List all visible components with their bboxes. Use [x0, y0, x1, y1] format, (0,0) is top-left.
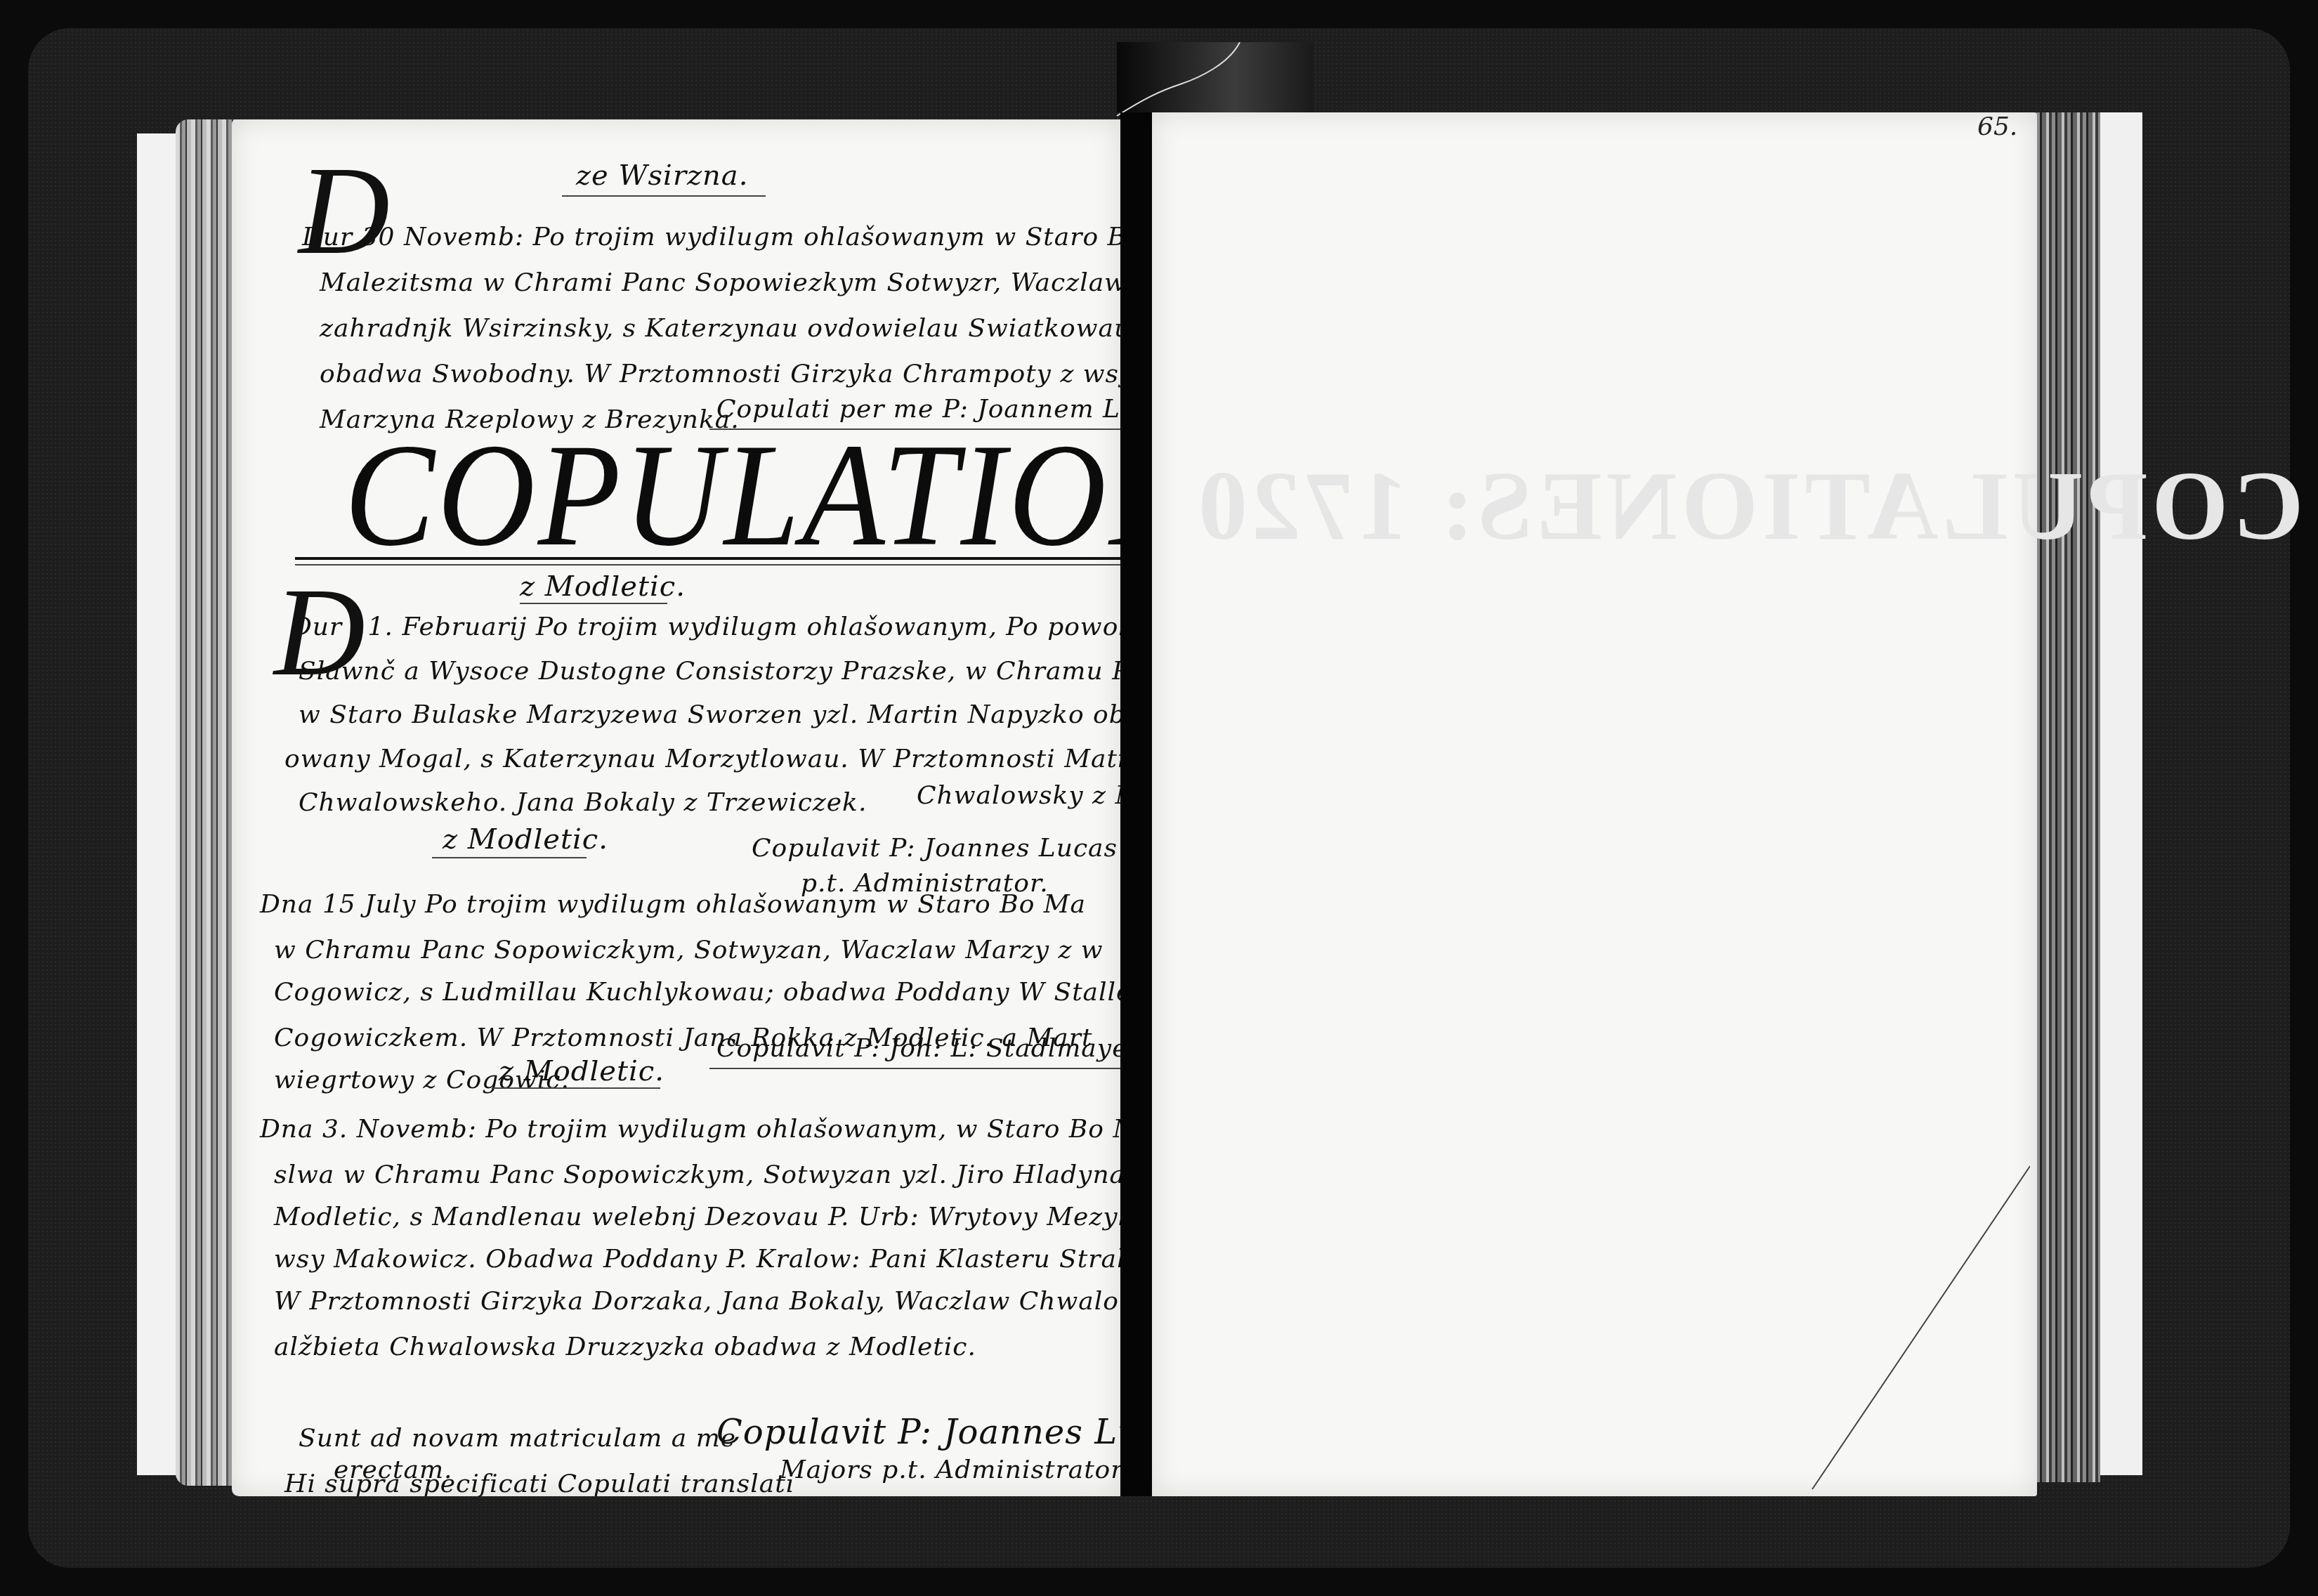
right-cover-board	[2100, 112, 2142, 1475]
entry-prev-line: Dur 30 Novemb: Po trojim wydilugm ohlašo…	[302, 225, 1120, 250]
spine-crack	[1110, 42, 1243, 119]
entry-prev-line: zahradnjk Wsirzinsky, s Katerzynau ovdow…	[320, 316, 1120, 341]
footnote-line: Sunt ad novam matriculam a me	[299, 1426, 736, 1451]
folio-number: 65.	[1977, 112, 2017, 141]
footnote-line: erectam.	[334, 1458, 453, 1483]
entry-prev-line: obadwa Swobodny. W Prztomnosti Girzyka C…	[320, 362, 1120, 387]
left-page-content: D ze Wsirzna. Dur 30 Novemb: Po trojim w…	[232, 119, 1120, 1496]
book-gutter	[1120, 112, 1152, 1496]
title-rule-2	[295, 564, 1120, 565]
initial-d: D	[299, 148, 390, 274]
bleed-through-text: COPULATIONES: 1720	[1194, 450, 2303, 563]
title-rule	[295, 557, 1120, 560]
place-heading: ze Wsirzna.	[576, 162, 748, 190]
pencil-diagonal-line	[1798, 1159, 2030, 1496]
heading-underline	[562, 195, 766, 197]
entry-prev-line: Malezitsma w Chrami Panc Sopowiezkym Sot…	[320, 270, 1120, 296]
right-page-edges	[2034, 112, 2100, 1482]
